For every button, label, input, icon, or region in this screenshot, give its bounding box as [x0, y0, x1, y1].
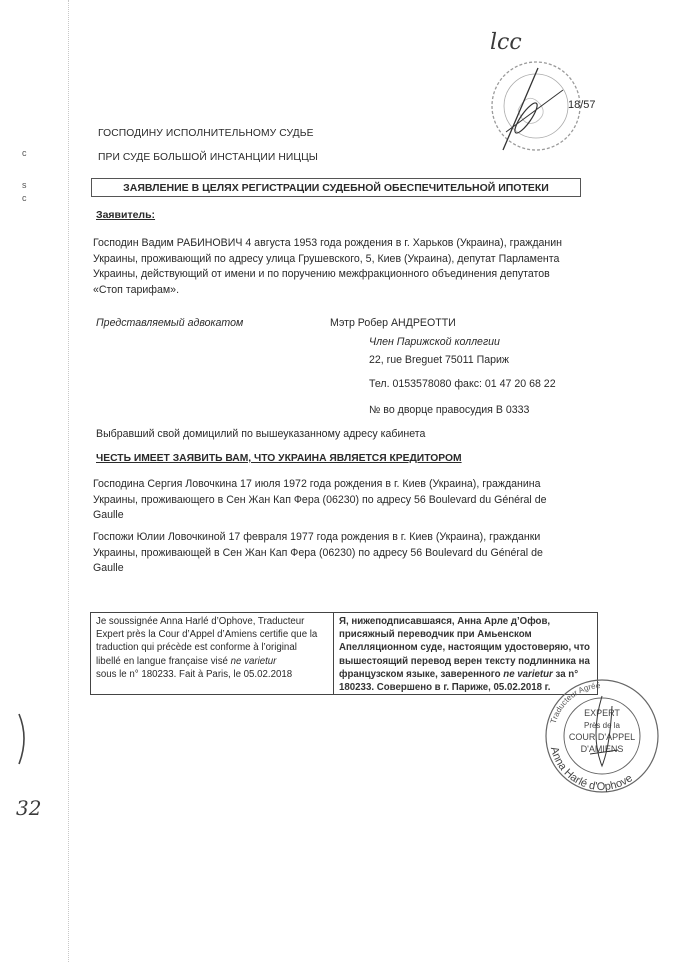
margin-mark: c [22, 193, 27, 203]
margin-mark: c [22, 148, 27, 158]
translator-stamp-icon: Traducteur Agréé Anna Harlé d'Ophove EXP… [540, 676, 664, 794]
cert-ru-line: Апелляционном суде, настоящим удостоверя… [339, 641, 592, 654]
lawyer-name: Мэтр Робер АНДРЕОТТИ [330, 316, 456, 332]
cert-ru-line: вышестоящий перевод верен тексту подлинн… [339, 655, 592, 668]
lawyer-address: 22, rue Breguet 75011 Париж [369, 353, 509, 369]
court-number: № во дворце правосудия B 0333 [369, 403, 529, 419]
page-number: 18/57 [568, 98, 596, 114]
debtor-line: Gaulle [93, 508, 593, 524]
document-title-text: ЗАЯВЛЕНИЕ В ЦЕЛЯХ РЕГИСТРАЦИИ СУДЕБНОЙ О… [123, 182, 549, 194]
handwritten-bracket-icon [16, 712, 30, 766]
debtor-line: Украины, проживающего в Сен Жан Кап Фера… [93, 493, 593, 509]
scan-margin-line [68, 0, 69, 962]
cert-fr-line: traduction qui précède est conforme à l’… [96, 641, 328, 654]
document-page: c s c lcc 18/57 ГОСПОДИНУ ИСПОЛНИТЕЛЬНОМ… [0, 0, 680, 962]
document-title: ЗАЯВЛЕНИЕ В ЦЕЛЯХ РЕГИСТРАЦИИ СУДЕБНОЙ О… [91, 178, 581, 197]
declaration-heading: ЧЕСТЬ ИМЕЕТ ЗАЯВИТЬ ВАМ, ЧТО УКРАИНА ЯВЛ… [96, 451, 462, 467]
handwritten-initials: lcc [490, 30, 522, 55]
lawyer-membership: Член Парижской коллегии [369, 335, 500, 351]
svg-text:Près de la: Près de la [584, 721, 621, 730]
cert-fr-line: libellé en langue française visé ne vari… [96, 655, 328, 668]
addressee-line-1: ГОСПОДИНУ ИСПОЛНИТЕЛЬНОМУ СУДЬЕ [98, 126, 314, 142]
addressee-line-2: ПРИ СУДЕ БОЛЬШОЙ ИНСТАНЦИИ НИЦЦЫ [98, 150, 318, 166]
cert-ru-text: французском языке, заверенного [339, 669, 503, 680]
applicant-line: Украины, проживающий по адресу улица Гру… [93, 252, 593, 268]
applicant-heading: Заявитель: [96, 208, 155, 224]
lawyer-phone-fax: Тел. 0153578080 факс: 01 47 20 68 22 [369, 377, 556, 393]
debtor-line: Украины, проживающей в Сен Жан Кап Фера … [93, 546, 593, 562]
debtor-paragraph-1: Господина Сергия Ловочкина 17 июля 1972 … [93, 477, 593, 524]
cert-fr-italic-term: ne varietur [231, 656, 277, 667]
translation-certification-box: Je soussignée Anna Harlé d’Ophove, Tradu… [90, 612, 598, 695]
applicant-paragraph: Господин Вадим РАБИНОВИЧ 4 августа 1953 … [93, 236, 593, 298]
representation-label: Представляемый адвокатом [96, 316, 243, 332]
cert-fr-text: libellé en langue française visé [96, 656, 231, 667]
debtor-paragraph-2: Госпожи Юлии Ловочкиной 17 февраля 1977 … [93, 530, 593, 577]
applicant-line: Господин Вадим РАБИНОВИЧ 4 августа 1953 … [93, 236, 593, 252]
applicant-line: Украины, действующий от имени и по поруч… [93, 267, 593, 283]
applicant-line: «Стоп тарифам». [93, 283, 593, 299]
debtor-line: Господина Сергия Ловочкина 17 июля 1972 … [93, 477, 593, 493]
cert-ru-line: присяжный переводчик при Амьенском [339, 628, 592, 641]
handwritten-margin-number: 32 [16, 796, 41, 820]
debtor-line: Gaulle [93, 561, 593, 577]
domicile-line: Выбравший свой домицилий по вышеуказанно… [96, 427, 425, 443]
cert-fr-line: Je soussignée Anna Harlé d’Ophove, Tradu… [96, 615, 328, 628]
debtor-line: Госпожи Юлии Ловочкиной 17 февраля 1977 … [93, 530, 593, 546]
cert-ru-line: Я, нижеподписавшаяся, Анна Арле д’Офов, [339, 615, 592, 628]
certification-french: Je soussignée Anna Harlé d’Ophove, Tradu… [91, 613, 334, 694]
cert-fr-line: sous le n° 180233. Fait à Paris, le 05.0… [96, 668, 328, 681]
margin-mark: s [22, 180, 27, 190]
svg-text:EXPERT: EXPERT [584, 708, 620, 718]
cert-fr-line: Expert près la Cour d’Appel d’Amiens cer… [96, 628, 328, 641]
svg-text:COUR D'APPEL: COUR D'APPEL [569, 732, 635, 742]
